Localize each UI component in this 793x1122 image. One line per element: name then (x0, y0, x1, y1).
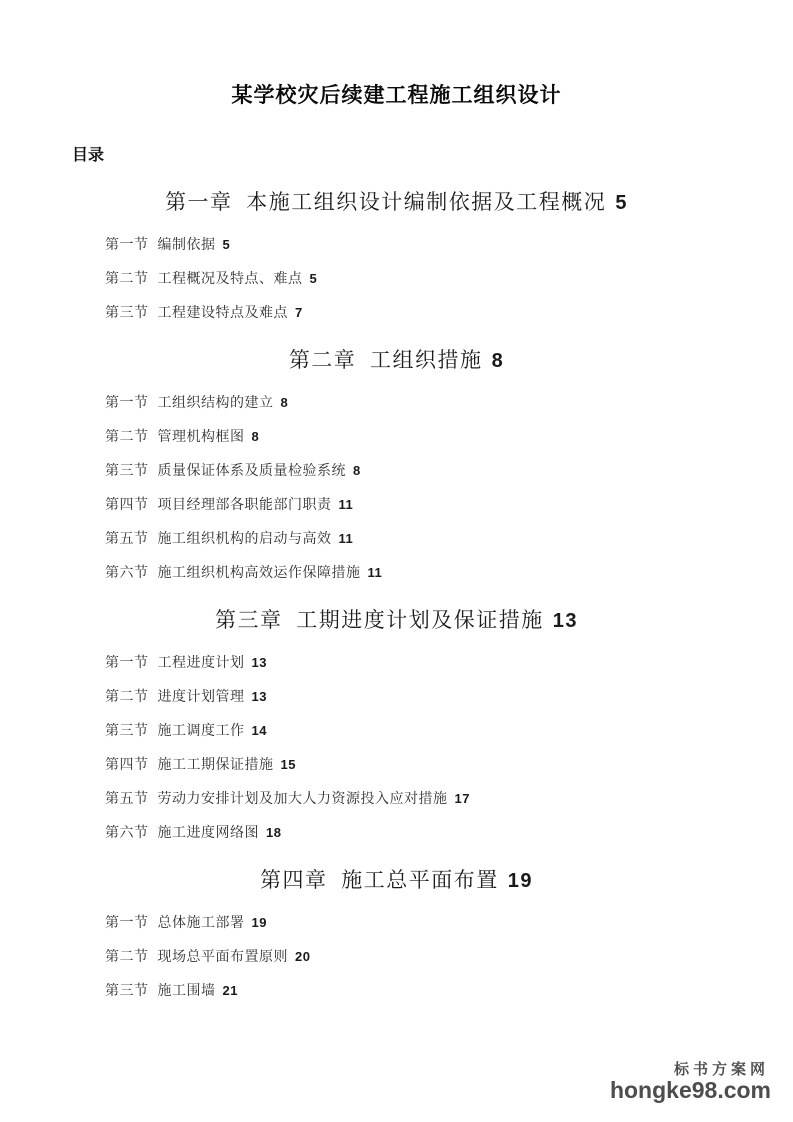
toc-section-entry: 第四节 项目经理部各职能部门职责11 (105, 497, 721, 514)
toc-section-entry: 第五节 劳动力安排计划及加大人力资源投入应对措施17 (105, 791, 721, 808)
toc-section-entry: 第三节 施工调度工作14 (105, 723, 721, 740)
toc-section-title: 第四节 项目经理部各职能部门职责 (105, 498, 332, 513)
toc-section-page-number: 13 (252, 655, 267, 670)
toc-section-entry: 第一节 总体施工部署19 (105, 915, 721, 932)
toc-section-title: 第二节 进度计划管理 (105, 690, 245, 705)
toc-section-entry: 第三节 工程建设特点及难点7 (105, 305, 721, 322)
toc-section-title: 第四节 施工工期保证措施 (105, 758, 274, 773)
toc-section-entry: 第二节 现场总平面布置原则20 (105, 949, 721, 966)
toc-chapter-title: 第二章 工组织措施 (289, 348, 483, 372)
toc-label: 目录 (72, 147, 793, 164)
toc-section-title: 第三节 质量保证体系及质量检验系统 (105, 464, 346, 479)
toc-section-title: 第二节 现场总平面布置原则 (105, 950, 288, 965)
toc-chapter-heading: 第一章 本施工组织设计编制依据及工程概况5 (72, 188, 721, 217)
toc-chapter-heading: 第四章 施工总平面布置19 (72, 866, 721, 895)
toc-chapter-title: 第四章 施工总平面布置 (260, 868, 499, 892)
toc-section-entry: 第二节 进度计划管理13 (105, 689, 721, 706)
toc-section-title: 第六节 施工进度网络图 (105, 826, 259, 841)
toc-section-entry: 第一节 编制依据5 (105, 237, 721, 254)
toc-section-entry: 第四节 施工工期保证措施15 (105, 757, 721, 774)
toc-section-page-number: 18 (266, 825, 281, 840)
toc-section-page-number: 5 (310, 271, 318, 286)
toc-chapter-page-number: 5 (615, 192, 628, 214)
toc-section-title: 第一节 编制依据 (105, 238, 216, 253)
toc-section-page-number: 8 (281, 395, 289, 410)
toc-chapter-page-number: 19 (508, 870, 533, 892)
toc-chapter-page-number: 8 (492, 350, 505, 372)
toc-section-entry: 第二节 管理机构框图8 (105, 429, 721, 446)
toc-section-page-number: 11 (339, 497, 354, 512)
watermark-site-url: hongke98.com (610, 1078, 771, 1102)
toc-section-title: 第三节 施工调度工作 (105, 724, 245, 739)
toc-section-page-number: 14 (252, 723, 267, 738)
toc-section-page-number: 20 (295, 949, 310, 964)
toc-section-page-number: 11 (368, 565, 383, 580)
toc-section-entry: 第三节 质量保证体系及质量检验系统8 (105, 463, 721, 480)
toc-section-page-number: 8 (252, 429, 260, 444)
toc-chapter-title: 第一章 本施工组织设计编制依据及工程概况 (165, 190, 606, 214)
toc-chapter-heading: 第三章 工期进度计划及保证措施13 (72, 606, 721, 635)
watermark: 标书方案网 hongke98.com (610, 1062, 771, 1102)
toc-section-title: 第二节 管理机构框图 (105, 430, 245, 445)
toc-section-title: 第一节 总体施工部署 (105, 916, 245, 931)
toc-section-page-number: 13 (252, 689, 267, 704)
toc-section-title: 第二节 工程概况及特点、难点 (105, 272, 303, 287)
toc-chapter-page-number: 13 (553, 610, 578, 632)
toc-section-page-number: 7 (295, 305, 303, 320)
toc-chapter-heading: 第二章 工组织措施8 (72, 346, 721, 375)
toc-section-entry: 第一节 工组织结构的建立8 (105, 395, 721, 412)
toc-section-title: 第一节 工程进度计划 (105, 656, 245, 671)
toc-section-entry: 第六节 施工组织机构高效运作保障措施11 (105, 565, 721, 582)
toc-section-title: 第一节 工组织结构的建立 (105, 396, 274, 411)
toc-section-entry: 第一节 工程进度计划13 (105, 655, 721, 672)
toc-section-page-number: 19 (252, 915, 267, 930)
document-page: 某学校灾后续建工程施工组织设计 目录 第一章 本施工组织设计编制依据及工程概况5… (0, 0, 793, 1122)
toc-section-page-number: 15 (281, 757, 296, 772)
toc-section-entry: 第六节 施工进度网络图18 (105, 825, 721, 842)
toc-section-page-number: 11 (339, 531, 354, 546)
toc-section-page-number: 5 (223, 237, 231, 252)
toc-section-entry: 第三节 施工围墙21 (105, 983, 721, 1000)
toc: 第一章 本施工组织设计编制依据及工程概况5第一节 编制依据5第二节 工程概况及特… (0, 164, 793, 1017)
toc-chapter-title: 第三章 工期进度计划及保证措施 (215, 608, 544, 632)
toc-section-page-number: 17 (455, 791, 470, 806)
toc-section-title: 第三节 工程建设特点及难点 (105, 306, 288, 321)
toc-section-page-number: 21 (223, 983, 238, 998)
toc-section-title: 第六节 施工组织机构高效运作保障措施 (105, 566, 361, 581)
toc-section-entry: 第二节 工程概况及特点、难点5 (105, 271, 721, 288)
document-title: 某学校灾后续建工程施工组织设计 (0, 0, 793, 108)
toc-section-title: 第五节 施工组织机构的启动与高效 (105, 532, 332, 547)
toc-section-title: 第五节 劳动力安排计划及加大人力资源投入应对措施 (105, 792, 448, 807)
toc-section-entry: 第五节 施工组织机构的启动与高效11 (105, 531, 721, 548)
toc-section-page-number: 8 (353, 463, 361, 478)
watermark-site-name: 标书方案网 (610, 1062, 769, 1078)
toc-section-title: 第三节 施工围墙 (105, 984, 216, 999)
